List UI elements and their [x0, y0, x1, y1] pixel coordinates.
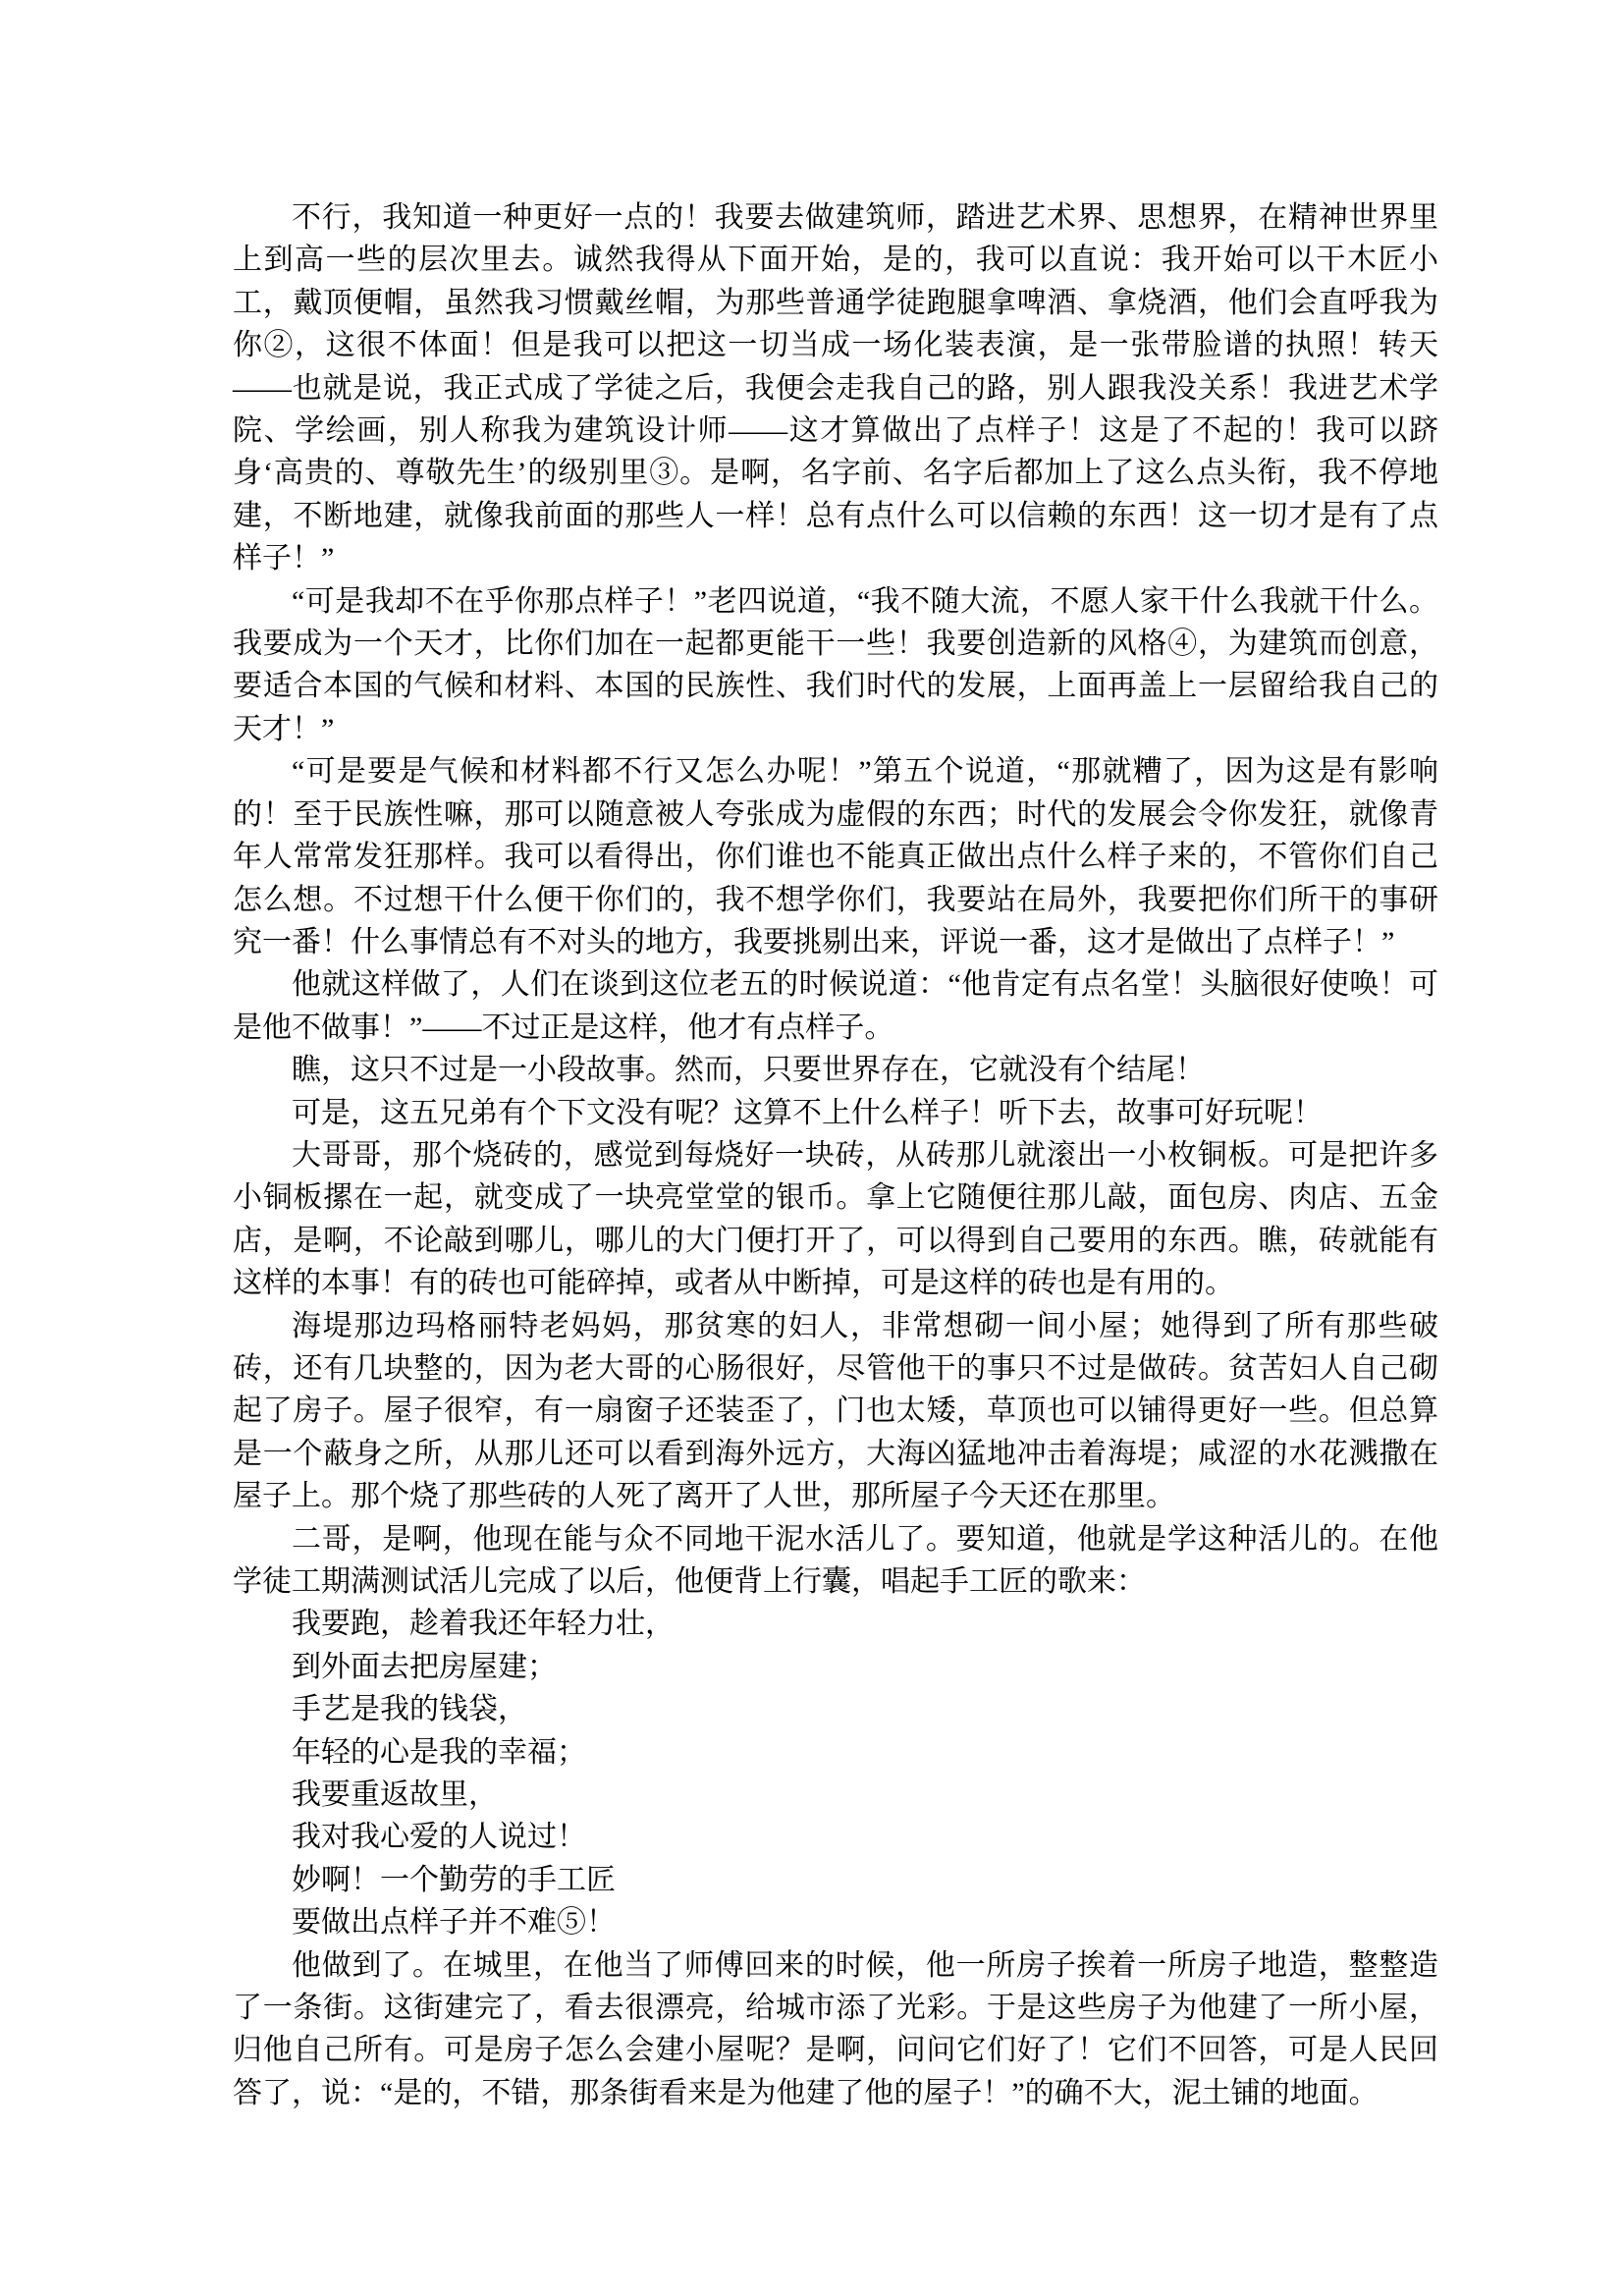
- paragraph: “可是我却不在乎你那点样子！”老四说道，“我不随大流，不愿人家干什么我就干什么。…: [233, 580, 1438, 751]
- verse-line: 手艺是我的钱袋，: [233, 1688, 1438, 1730]
- story-text-block: 不行，我知道一种更好一点的！我要去做建筑师，踏进艺术界、思想界，在精神世界里上到…: [233, 196, 1438, 2114]
- verse-line: 妙啊！一个勤劳的手工匠: [233, 1859, 1438, 1901]
- verse-line: 我要重返故里，: [233, 1774, 1438, 1816]
- verse-line: 到外面去把房屋建；: [233, 1646, 1438, 1688]
- paragraph: 瞧，这只不过是一小段故事。然而，只要世界存在，它就没有个结尾！: [233, 1049, 1438, 1091]
- paragraph: 他做到了。在城里，在他当了师傅回来的时候，他一所房子挨着一所房子地造，整整造了一…: [233, 1944, 1438, 2115]
- paragraph: “可是要是气候和材料都不行又怎么办呢！”第五个说道，“那就糟了，因为这是有影响的…: [233, 750, 1438, 963]
- paragraph: 不行，我知道一种更好一点的！我要去做建筑师，踏进艺术界、思想界，在精神世界里上到…: [233, 196, 1438, 580]
- paragraph: 二哥，是啊，他现在能与众不同地干泥水活儿了。要知道，他就是学这种活儿的。在他学徒…: [233, 1518, 1438, 1604]
- paragraph: 海堤那边玛格丽特老妈妈，那贫寒的妇人，非常想砌一间小屋；她得到了所有那些破砖，还…: [233, 1305, 1438, 1518]
- paragraph: 可是，这五兄弟有个下文没有呢？这算不上什么样子！听下去，故事可好玩呢！: [233, 1092, 1438, 1134]
- paragraph: 他就这样做了，人们在谈到这位老五的时候说道：“他肯定有点名堂！头脑很好使唤！可是…: [233, 963, 1438, 1049]
- verse-line: 年轻的心是我的幸福；: [233, 1731, 1438, 1774]
- document-page: 不行，我知道一种更好一点的！我要去做建筑师，踏进艺术界、思想界，在精神世界里上到…: [0, 0, 1623, 2296]
- verse-line: 我要跑，趁着我还年轻力壮，: [233, 1603, 1438, 1645]
- verse-line: 要做出点样子并不难⑤！: [233, 1901, 1438, 1943]
- verse-block: 我要跑，趁着我还年轻力壮， 到外面去把房屋建； 手艺是我的钱袋， 年轻的心是我的…: [233, 1603, 1438, 1943]
- verse-line: 我对我心爱的人说过！: [233, 1816, 1438, 1858]
- paragraph: 大哥哥，那个烧砖的，感觉到每烧好一块砖，从砖那儿就滚出一小枚铜板。可是把许多小铜…: [233, 1134, 1438, 1305]
